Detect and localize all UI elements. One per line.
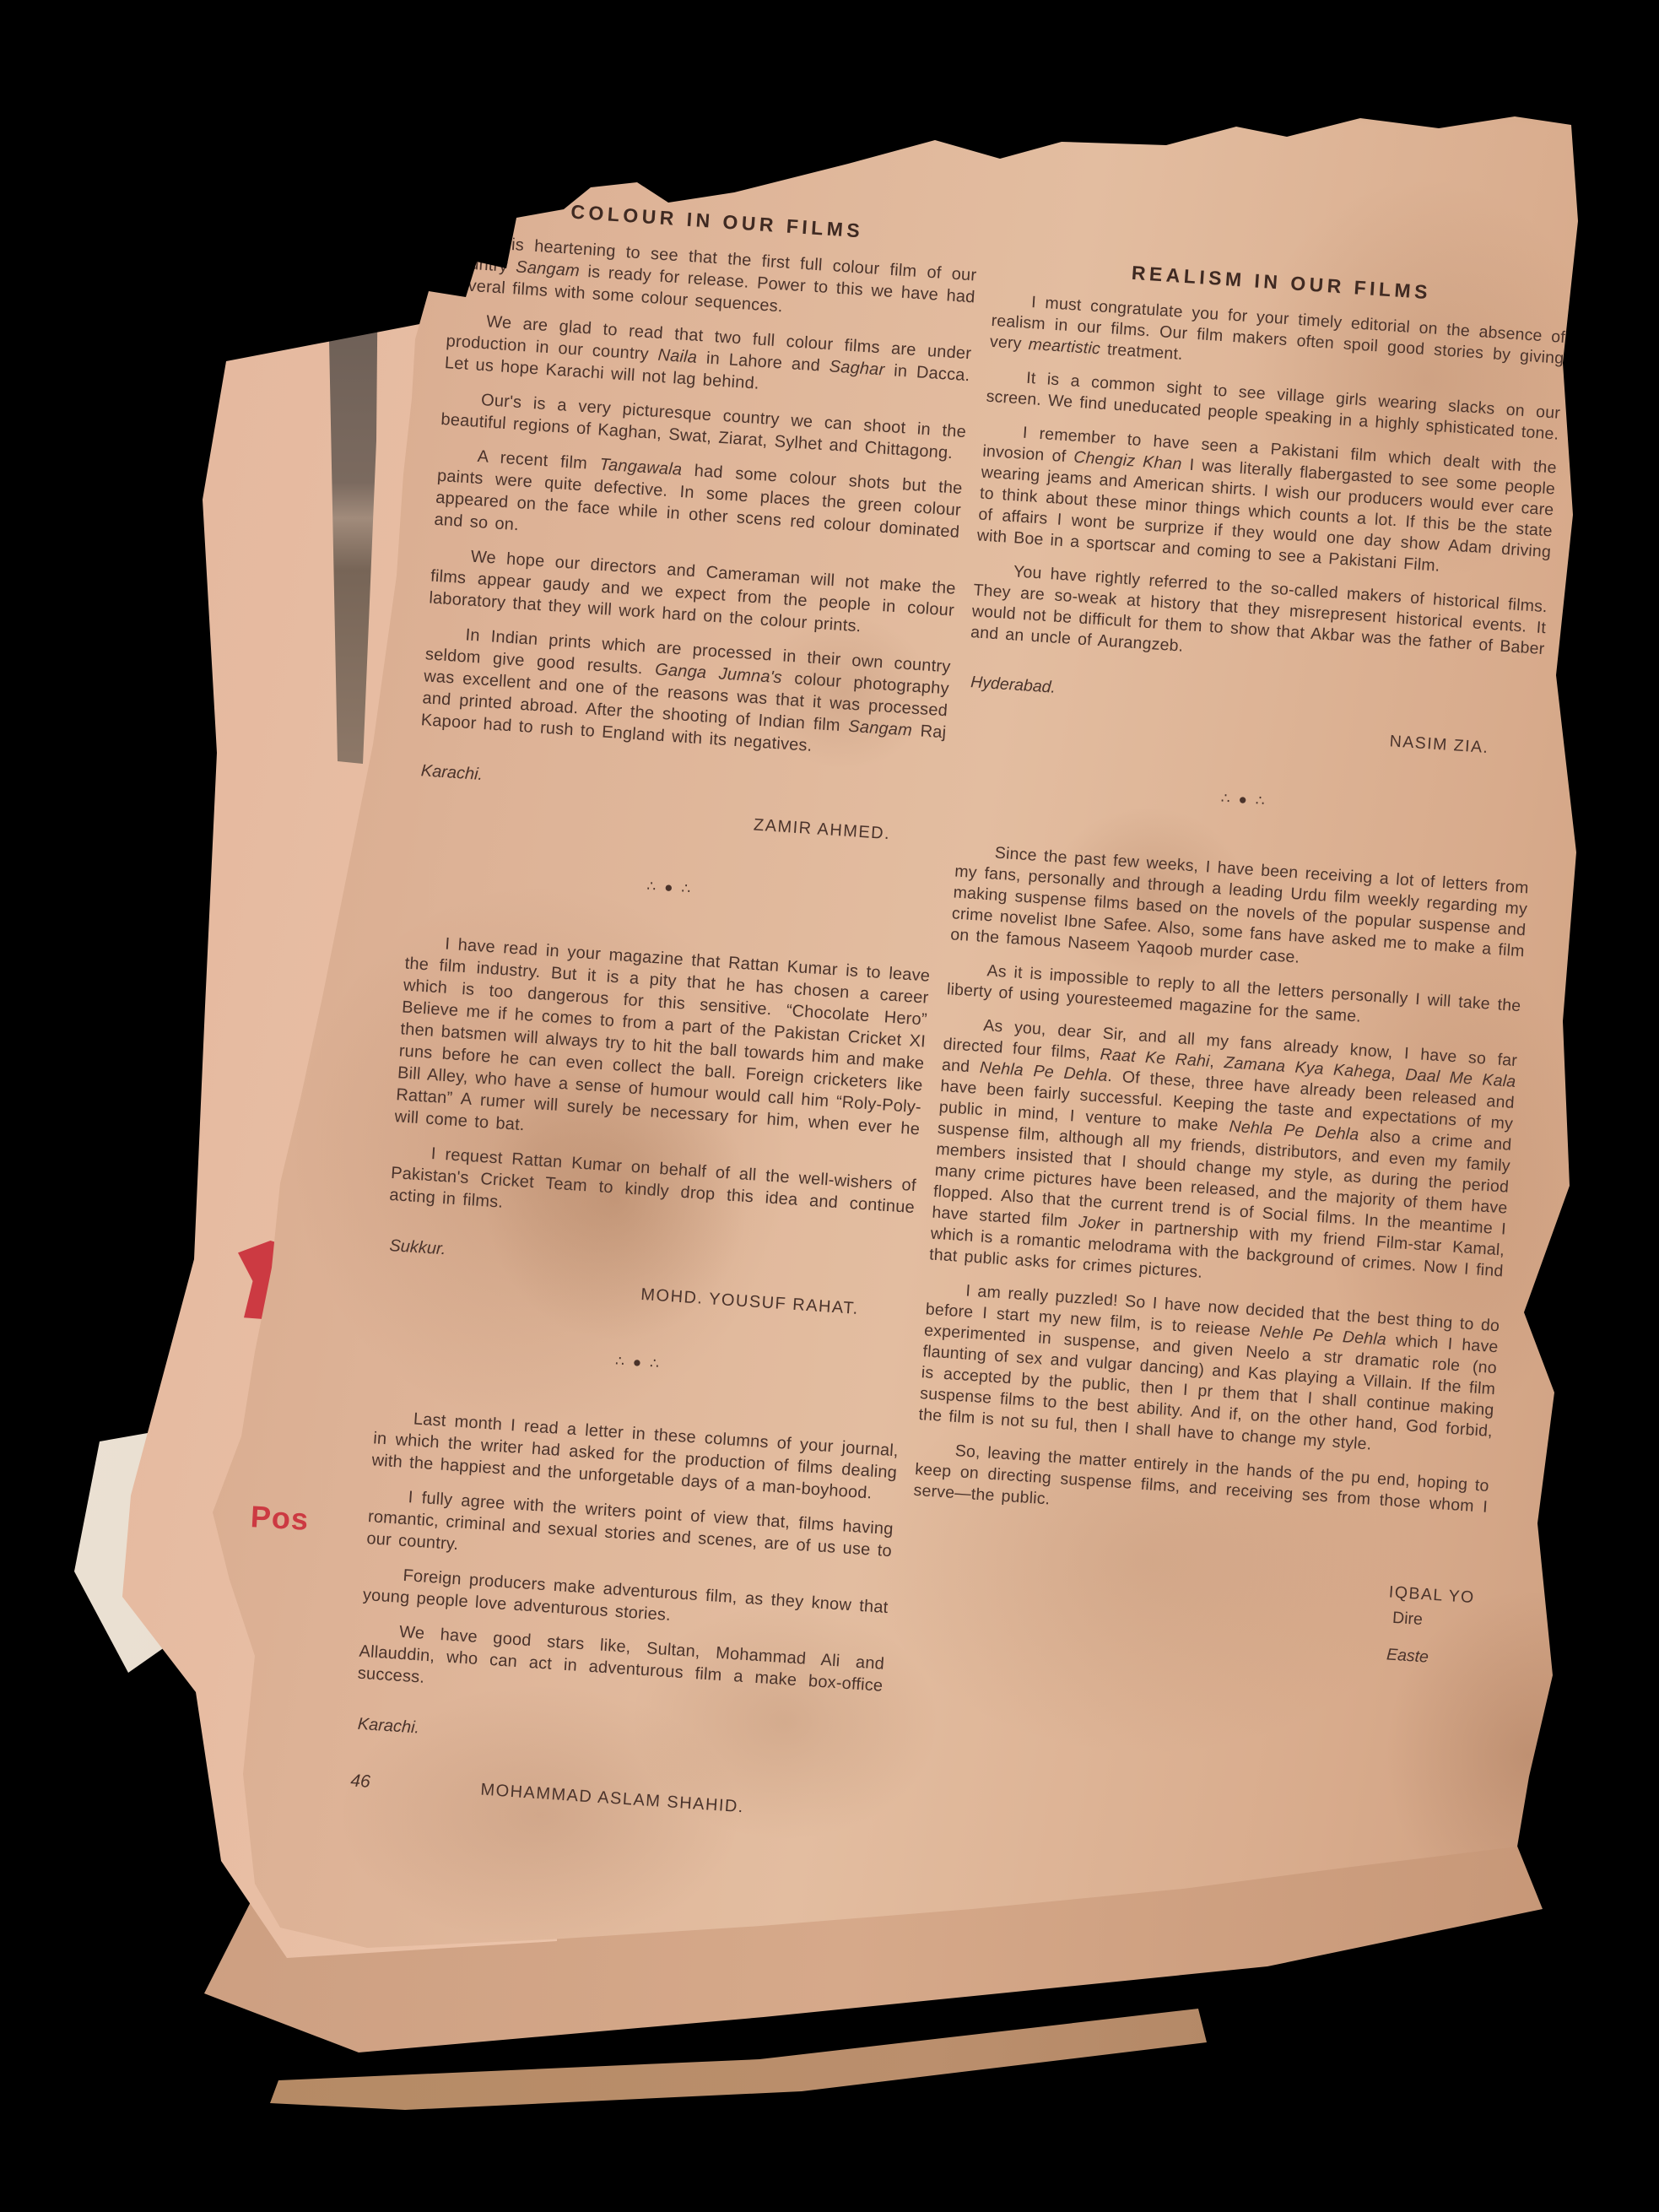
section-divider: ∴●∴ xyxy=(960,771,1534,830)
red-overprint-text: Pos xyxy=(250,1499,310,1538)
column-left: COLOUR IN OUR FILMS It is heartening to … xyxy=(350,192,980,1826)
paragraph: As you, dear Sir, and all my fans alread… xyxy=(928,1013,1517,1303)
signature-line: MOHAMMAD ASLAM SHAHID. xyxy=(480,1779,745,1819)
signature-block: IQBAL YO Dire Easte xyxy=(904,1548,1482,1674)
place-line: Karachi. xyxy=(357,1713,878,1770)
page-number: 46 xyxy=(350,1770,482,1800)
page-content: COLOUR IN OUR FILMS It is heartening to … xyxy=(243,131,1592,2023)
paragraph: I remember to have seen a Pakistani film… xyxy=(976,420,1557,585)
paragraph: A recent film Tangawala had some colour … xyxy=(434,443,964,565)
column-right: REALISM IN OUR FILMS I must congratulate… xyxy=(904,253,1568,1673)
paragraph: Since the past few weeks, I have been re… xyxy=(950,840,1530,983)
section-divider: ∴●∴ xyxy=(379,1334,904,1391)
torn-photo-fragment xyxy=(326,250,378,766)
paragraph: In Indian prints which are processed in … xyxy=(420,621,951,765)
photo-backdrop: COLOUR IN OUR FILMS It is heartening to … xyxy=(0,0,1659,2212)
paragraph: I am really puzzled! So I have now decid… xyxy=(918,1278,1500,1463)
page-footer: 46 MOHAMMAD ASLAM SHAHID. xyxy=(350,1770,875,1826)
section-divider: ∴●∴ xyxy=(410,860,935,917)
red-letter-fragment xyxy=(142,741,186,859)
paragraph: I have read in your magazine that Rattan… xyxy=(394,931,931,1163)
